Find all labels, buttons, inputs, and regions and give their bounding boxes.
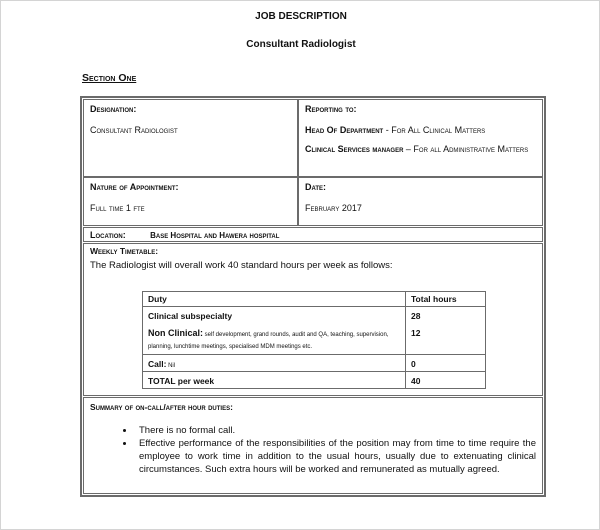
duty-hours: 12 <box>411 328 480 338</box>
duty-hours-table: Duty Total hours Clinical subspecialty N… <box>142 291 486 389</box>
duty-hours: 0 <box>406 355 486 372</box>
duty-name: Clinical subspecialty <box>148 311 232 321</box>
appointment-value: Full time 1 fte <box>90 203 291 213</box>
date-label: Date: <box>305 182 536 192</box>
designation-cell: Designation: Consultant Radiologist <box>83 99 298 177</box>
location-cell: Location: Base Hospital and Hawera hospi… <box>83 227 543 242</box>
duty-name: Call: <box>148 359 166 369</box>
oncall-label: Summary of on-call/after hour duties: <box>90 402 536 412</box>
document-title: JOB DESCRIPTION <box>1 11 600 22</box>
oncall-list: There is no formal call. Effective perfo… <box>90 424 536 476</box>
appointment-cell: Nature of Appointment: Full time 1 fte <box>83 177 298 226</box>
reporting-admin-matters: – For all Administrative Matters <box>403 144 528 154</box>
date-cell: Date: February 2017 <box>298 177 543 226</box>
date-value: February 2017 <box>305 203 536 213</box>
table-row: TOTAL per week 40 <box>143 372 486 389</box>
appointment-label: Nature of Appointment: <box>90 182 291 192</box>
reporting-clinical-matters: - For All Clinical Matters <box>383 125 485 135</box>
duty-detail: Nil <box>166 363 175 369</box>
document-subtitle: Consultant Radiologist <box>1 39 600 50</box>
timetable-intro: The Radiologist will overall work 40 sta… <box>90 260 536 271</box>
list-item: Effective performance of the responsibil… <box>135 437 536 476</box>
timetable-label: Weekly Timetable: <box>90 246 536 256</box>
designation-label: Designation: <box>90 104 291 114</box>
section-heading: Section One <box>82 72 136 84</box>
duty-hours: 28 <box>411 311 480 321</box>
reporting-services-manager: Clinical Services manager <box>305 144 403 154</box>
duty-hours: 40 <box>406 372 486 389</box>
list-item: There is no formal call. <box>135 424 536 437</box>
reporting-head-of-department: Head Of Department <box>305 125 383 135</box>
table-row: Clinical subspecialty Non Clinical: self… <box>143 307 486 355</box>
table-header-row: Duty Total hours <box>143 292 486 307</box>
location-value: Base Hospital and Hawera hospital <box>150 231 279 240</box>
designation-value: Consultant Radiologist <box>90 125 291 135</box>
header-total-hours: Total hours <box>406 292 486 307</box>
duty-name: Non Clinical: <box>148 328 203 338</box>
table-row: Call: Nil 0 <box>143 355 486 372</box>
reporting-label: Reporting to: <box>305 104 536 114</box>
reporting-cell: Reporting to: Head Of Department - For A… <box>298 99 543 177</box>
location-label: Location: <box>90 230 126 240</box>
header-duty: Duty <box>143 292 406 307</box>
duty-name: TOTAL per week <box>143 372 406 389</box>
oncall-cell: Summary of on-call/after hour duties: Th… <box>83 397 543 494</box>
